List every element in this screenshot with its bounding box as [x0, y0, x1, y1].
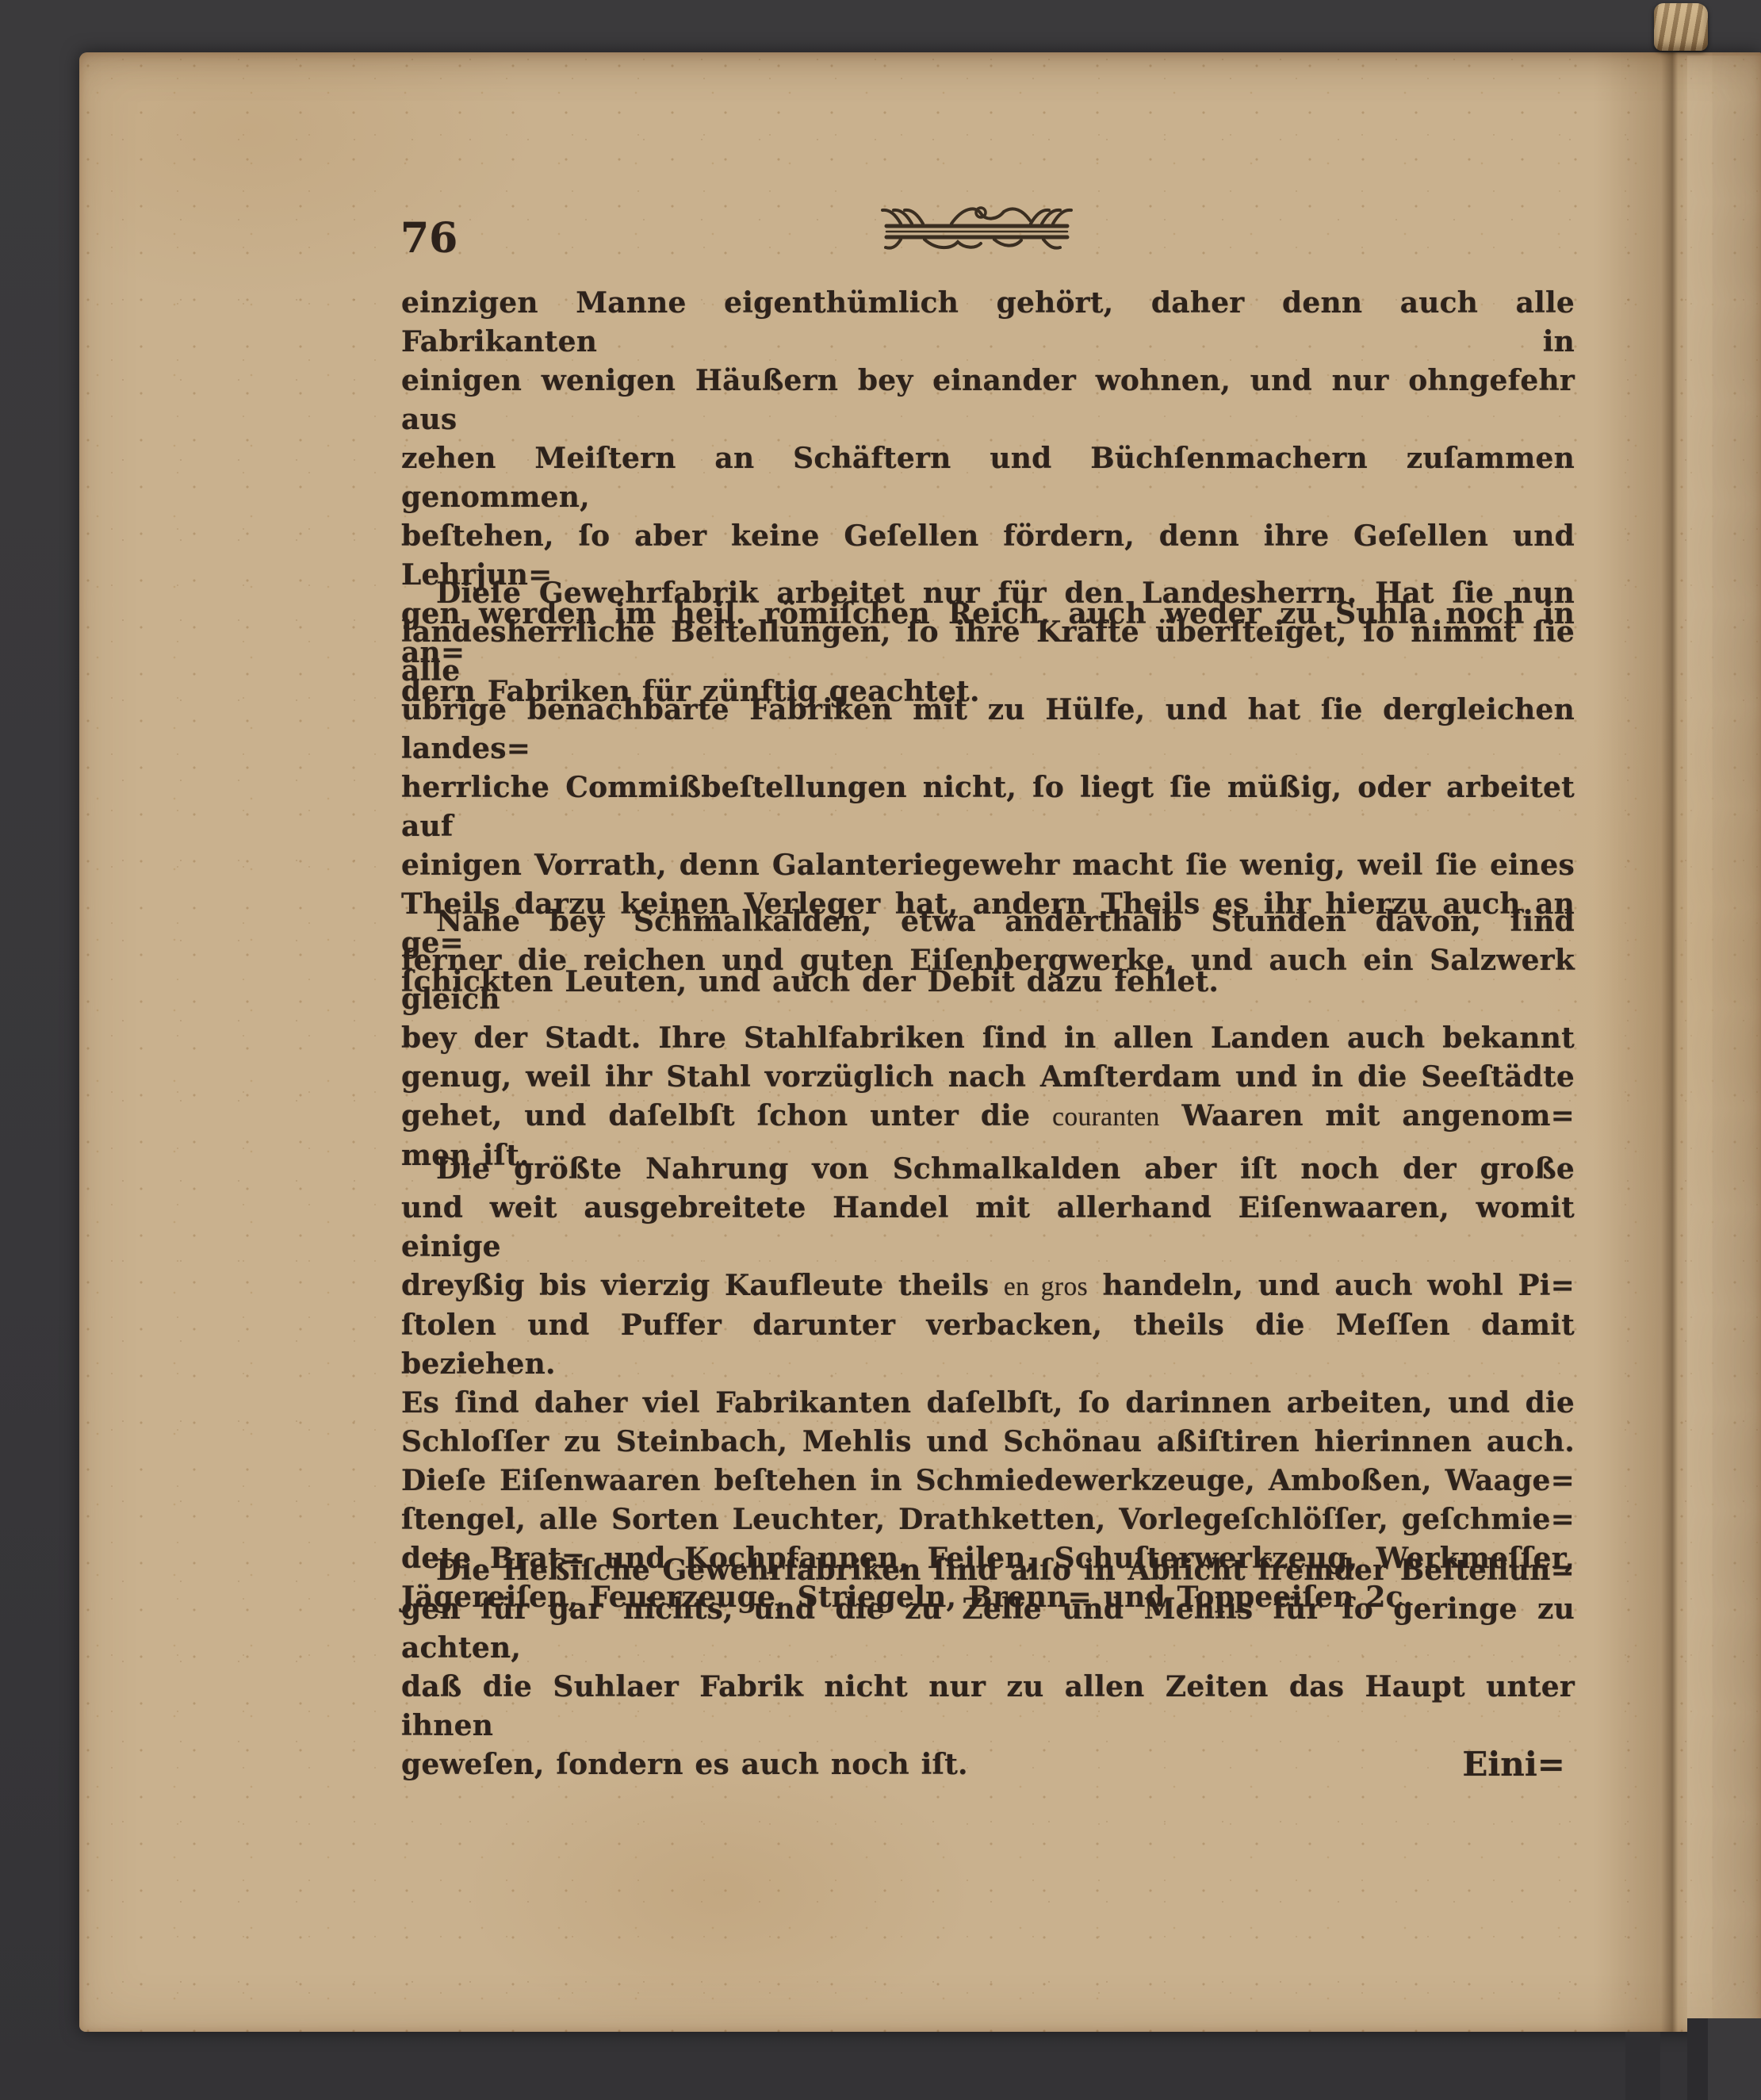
- text-line: zehen Meiſtern an Schäftern und Büchſenm…: [401, 439, 1575, 517]
- antiqua-word: couranten: [1052, 1102, 1160, 1132]
- text-line: bey der Stadt. Ihre Stahlfabriken ſind i…: [401, 1019, 1575, 1058]
- text-line: und weit ausgebreitete Handel mit allerh…: [401, 1189, 1575, 1267]
- text-line: Dieſe Gewehrfabrik arbeitet nur für den …: [401, 574, 1575, 613]
- text-line: Nahe bey Schmalkalden, etwa anderthalb S…: [401, 902, 1575, 941]
- text-line: herrliche Commißbeſtellungen nicht, ſo l…: [401, 768, 1575, 846]
- text-line: Schloſſer zu Steinbach, Mehlis und Schön…: [401, 1423, 1575, 1462]
- text-line: Dieſe Eiſenwaaren beſtehen in Schmiedewe…: [401, 1462, 1575, 1500]
- text-fragment: Waaren mit angenom=: [1160, 1099, 1575, 1132]
- text-line: Es ſind daher viel Fabrikanten daſelbſt,…: [401, 1384, 1575, 1423]
- text-fragment: gehet, und daſelbſt ſchon unter die: [401, 1099, 1052, 1132]
- text-line: einzigen Manne eigenthümlich gehört, dah…: [401, 284, 1575, 362]
- text-line: ferner die reichen und guten Eiſenbergwe…: [401, 941, 1575, 1019]
- text-line: dreyßig bis vierzig Kaufleute theils en …: [401, 1267, 1575, 1306]
- text-fragment: dreyßig bis vierzig Kaufleute theils: [401, 1269, 1004, 1302]
- catchword: Eini=: [1462, 1745, 1565, 1784]
- text-line: übrige benachbarte Fabriken mit zu Hülfe…: [401, 691, 1575, 768]
- paragraph-3: Nahe bey Schmalkalden, etwa anderthalb S…: [401, 902, 1575, 1175]
- text-line: genug, weil ihr Stahl vorzüglich nach Am…: [401, 1058, 1575, 1097]
- text-fragment: handeln, und auch wohl Pi=: [1088, 1269, 1575, 1302]
- antiqua-word: en gros: [1004, 1272, 1088, 1301]
- text-line: Die größte Nahrung von Schmalkalden aber…: [401, 1150, 1575, 1189]
- text-line: einigen wenigen Häußern bey einander woh…: [401, 362, 1575, 439]
- text-line: landesherrliche Beſtellungen, ſo ihre Kr…: [401, 613, 1575, 691]
- text-block: einzigen Manne eigenthümlich gehört, dah…: [0, 0, 1761, 2100]
- text-line: ſtolen und Puffer darunter verbacken, th…: [401, 1306, 1575, 1384]
- scanned-book-page: 76 einzigen Manne eigenthümlich gehört, …: [0, 0, 1761, 2100]
- text-line: gen für gar nichts, und die zu Zelle und…: [401, 1590, 1575, 1668]
- catchword-row: Eini=: [401, 1745, 1575, 1784]
- text-line: einigen Vorrath, denn Galanteriegewehr m…: [401, 846, 1575, 885]
- text-line: gehet, und daſelbſt ſchon unter die cour…: [401, 1097, 1575, 1136]
- paragraph-4: Die größte Nahrung von Schmalkalden aber…: [401, 1150, 1575, 1617]
- text-line: daß die Suhlaer Fabrik nicht nur zu alle…: [401, 1668, 1575, 1746]
- text-line: ſtengel, alle Sorten Leuchter, Drathkett…: [401, 1500, 1575, 1539]
- text-line: Die Heßiſche Gewehrfabriken ſind alſo in…: [401, 1551, 1575, 1590]
